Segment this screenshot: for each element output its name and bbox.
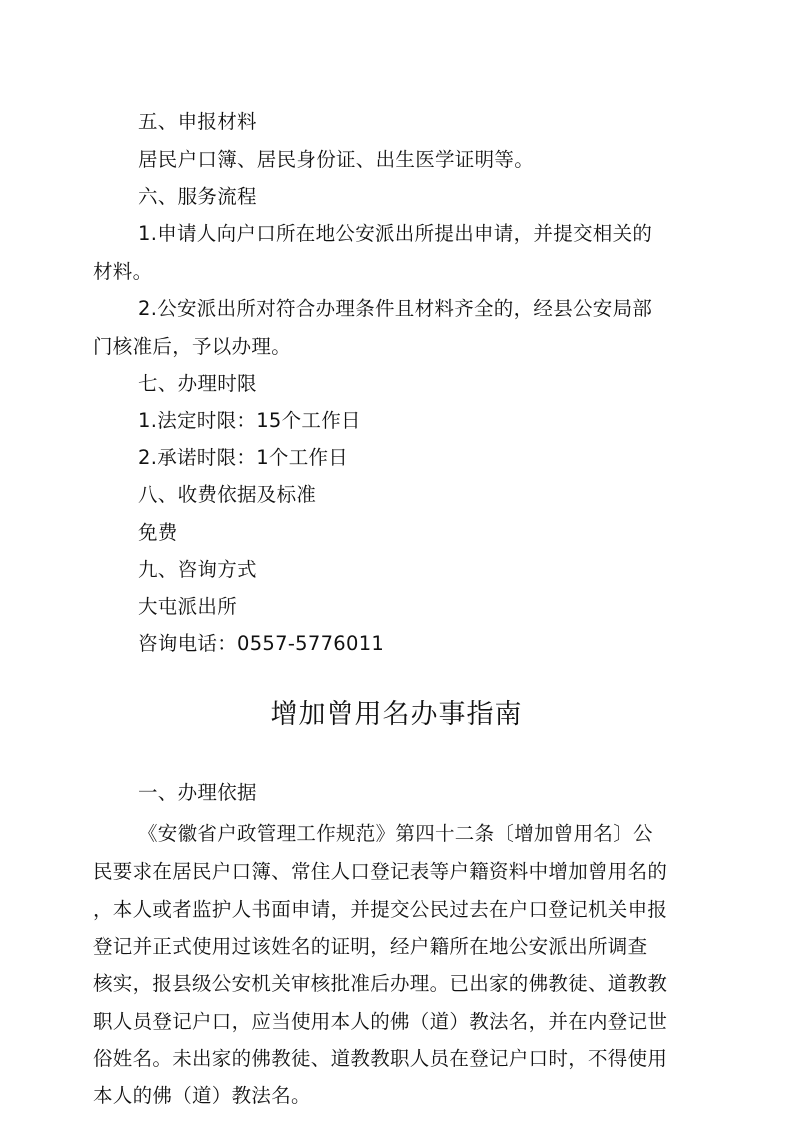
basis-line: 俗姓名。未出家的佛教徒、道教教职人员在登记户口时，不得使用 <box>93 1047 667 1071</box>
basis-line: 《安徽省户政管理工作规范》第四十二条〔增加曾用名〕公 <box>138 822 653 846</box>
process-step-1-cont: 材料。 <box>93 260 152 284</box>
heading-fees: 八、收费依据及标准 <box>138 483 316 507</box>
materials-text: 居民户口簿、居民身份证、出生医学证明等。 <box>138 148 534 172</box>
process-step-2-cont: 门核准后，予以办理。 <box>93 335 291 359</box>
heading-time-limit: 七、办理时限 <box>138 372 257 396</box>
basis-line: 民要求在居民户口簿、常住人口登记表等户籍资料中增加曾用名的 <box>93 860 667 884</box>
basis-line: ，本人或者监护人书面申请，并提交公民过去在户口登记机关申报 <box>93 898 667 922</box>
promised-time-limit: 2.承诺时限：1个工作日 <box>138 446 348 470</box>
fees-text: 免费 <box>138 521 178 545</box>
contact-office: 大屯派出所 <box>138 595 237 619</box>
legal-time-limit: 1.法定时限：15个工作日 <box>138 409 361 433</box>
contact-phone: 咨询电话：0557-5776011 <box>138 632 384 656</box>
process-step-1: 1.申请人向户口所在地公安派出所提出申请，并提交相关的 <box>138 222 652 246</box>
basis-line: 登记并正式使用过该姓名的证明，经户籍所在地公安派出所调查 <box>93 935 647 959</box>
basis-line: 核实，报县级公安机关审核批准后办理。已出家的佛教徒、道教教 <box>93 972 667 996</box>
process-step-2: 2.公安派出所对符合办理条件且材料齐全的，经县公安局部 <box>138 297 652 321</box>
heading-basis: 一、办理依据 <box>138 781 257 805</box>
basis-line: 职人员登记户口，应当使用本人的佛（道）教法名，并在内登记世 <box>93 1010 667 1034</box>
heading-contact: 九、咨询方式 <box>138 558 257 582</box>
heading-process: 六、服务流程 <box>138 185 257 209</box>
heading-materials: 五、申报材料 <box>138 110 257 134</box>
guide-title: 增加曾用名办事指南 <box>0 698 793 732</box>
basis-line: 本人的佛（道）教法名。 <box>93 1084 311 1108</box>
